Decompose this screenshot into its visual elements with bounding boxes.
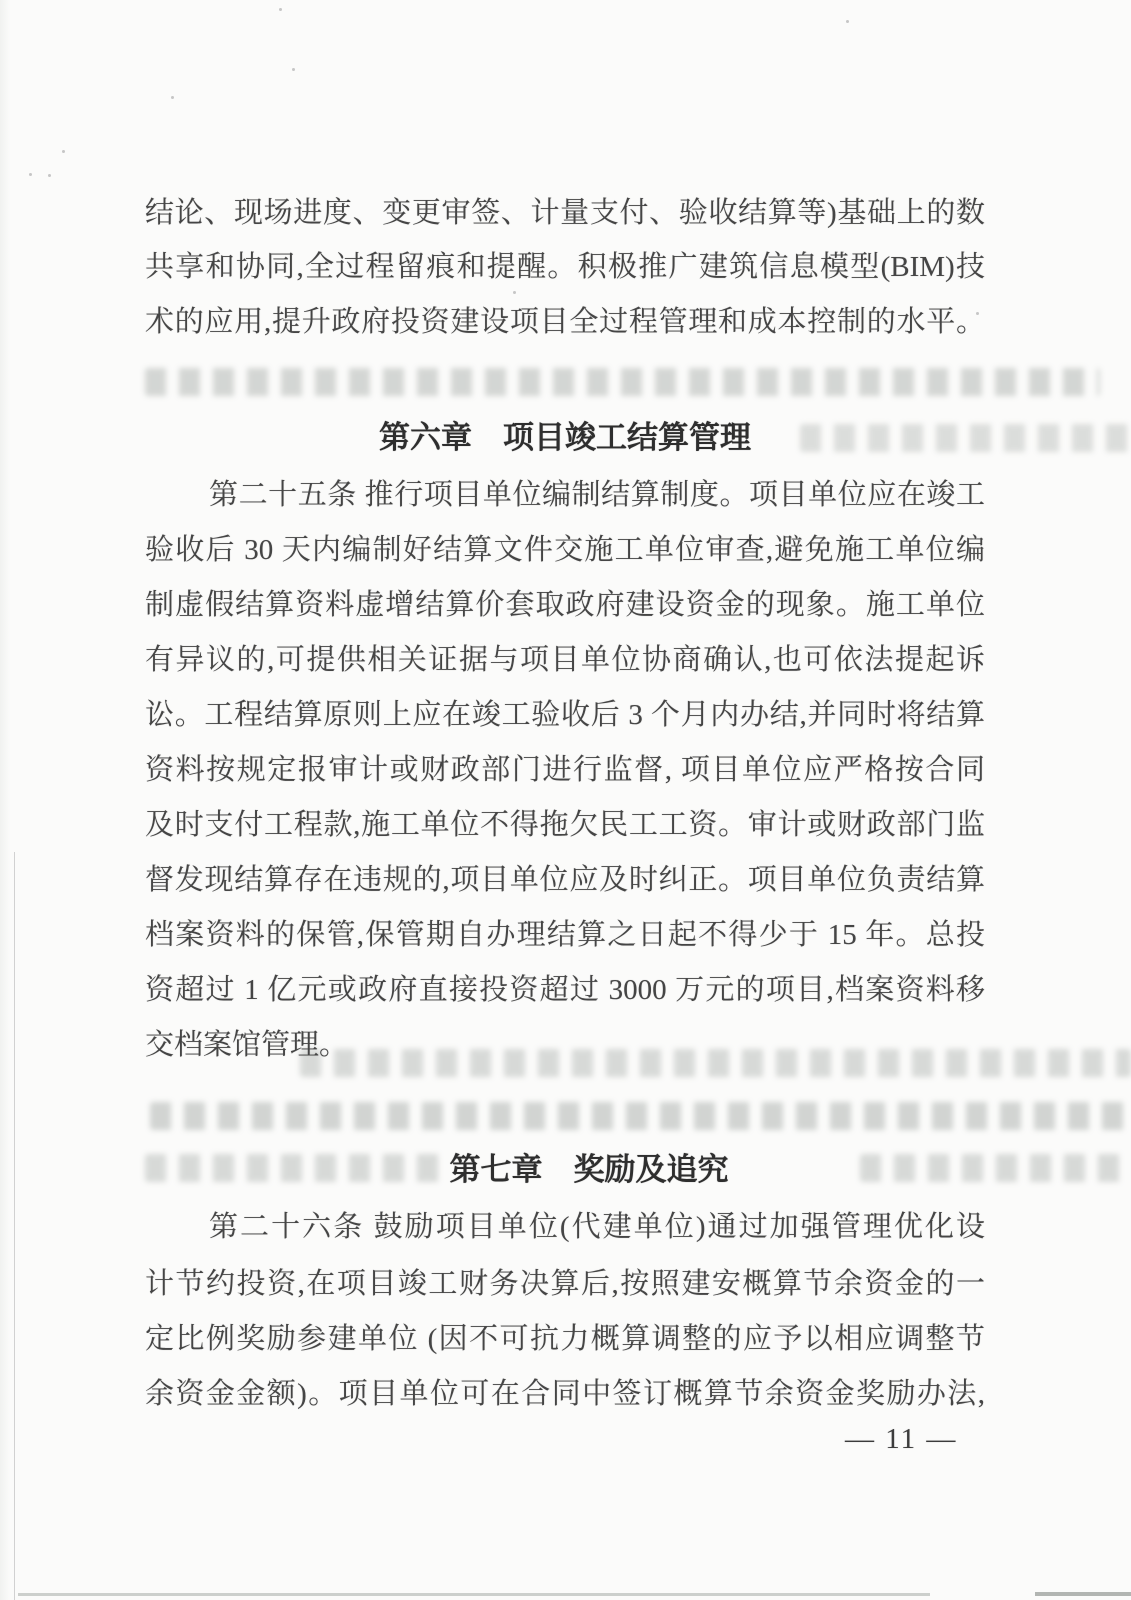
scan-speck — [279, 8, 282, 11]
text-line: 计节约投资,在项目竣工财务决算后,按照建安概算节余资金的一 — [145, 1257, 985, 1312]
text-line: 及时支付工程款,施工单位不得拖欠民工工资。审计或财政部门监 — [145, 798, 985, 853]
text-line: 术的应用,提升政府投资建设项目全过程管理和成本控制的水平。 — [145, 295, 985, 350]
scan-edge-line — [18, 1593, 930, 1596]
text-line: 督发现结算存在违规的,项目单位应及时纠正。项目单位负责结算 — [145, 853, 985, 908]
text-line: 制虚假结算资料虚增结算价套取政府建设资金的现象。施工单位 — [145, 578, 985, 633]
text-line: 有异议的,可提供相关证据与项目单位协商确认,也可依法提起诉 — [145, 633, 985, 688]
scan-speck — [62, 150, 65, 153]
paragraph-start-line: 第二十六条 鼓励项目单位(代建单位)通过加强管理优化设 — [145, 1200, 985, 1255]
scan-speck — [846, 20, 849, 23]
scan-edge-line — [14, 852, 15, 1600]
document-page: 结论、现场进度、变更审签、计量支付、验收结算等)基础上的数据 共享和协同,全过程… — [0, 0, 1131, 1600]
paragraph-start-line: 第二十五条 推行项目单位编制结算制度。项目单位应在竣工 — [145, 468, 985, 523]
text-line: 验收后 30 天内编制好结算文件交施工单位审查,避免施工单位编 — [145, 523, 985, 578]
page-number: — 11 — — [845, 1412, 957, 1467]
text-line: 资料按规定报审计或财政部门进行监督, 项目单位应严格按合同 — [145, 743, 985, 798]
scan-speck — [292, 68, 295, 71]
text-line: 共享和协同,全过程留痕和提醒。积极推广建筑信息模型(BIM)技 — [145, 240, 985, 295]
text-line: 档案资料的保管,保管期自办理结算之日起不得少于 15 年。总投 — [145, 908, 985, 963]
text-line: 资超过 1 亿元或政府直接投资超过 3000 万元的项目,档案资料移 — [145, 963, 985, 1018]
scan-speck — [976, 312, 979, 315]
scan-speck — [48, 174, 51, 177]
text-line: 交档案馆管理。 — [145, 1018, 985, 1073]
scan-edge-line — [1035, 1592, 1131, 1596]
bleedthrough-artifact — [150, 1102, 1125, 1130]
text-line: 结论、现场进度、变更审签、计量支付、验收结算等)基础上的数据 — [145, 186, 985, 241]
chapter-heading: 第七章 奖励及追究 — [169, 1140, 1009, 1200]
text-line: 定比例奖励参建单位 (因不可抗力概算调整的应予以相应调整节 — [145, 1312, 985, 1367]
chapter-heading: 第六章 项目竣工结算管理 — [145, 408, 985, 468]
bleedthrough-artifact — [145, 368, 1100, 396]
scan-speck — [171, 96, 174, 99]
scan-speck — [513, 291, 516, 294]
text-line: 讼。工程结算原则上应在竣工验收后 3 个月内办结,并同时将结算 — [145, 688, 985, 743]
scan-speck — [29, 173, 32, 176]
